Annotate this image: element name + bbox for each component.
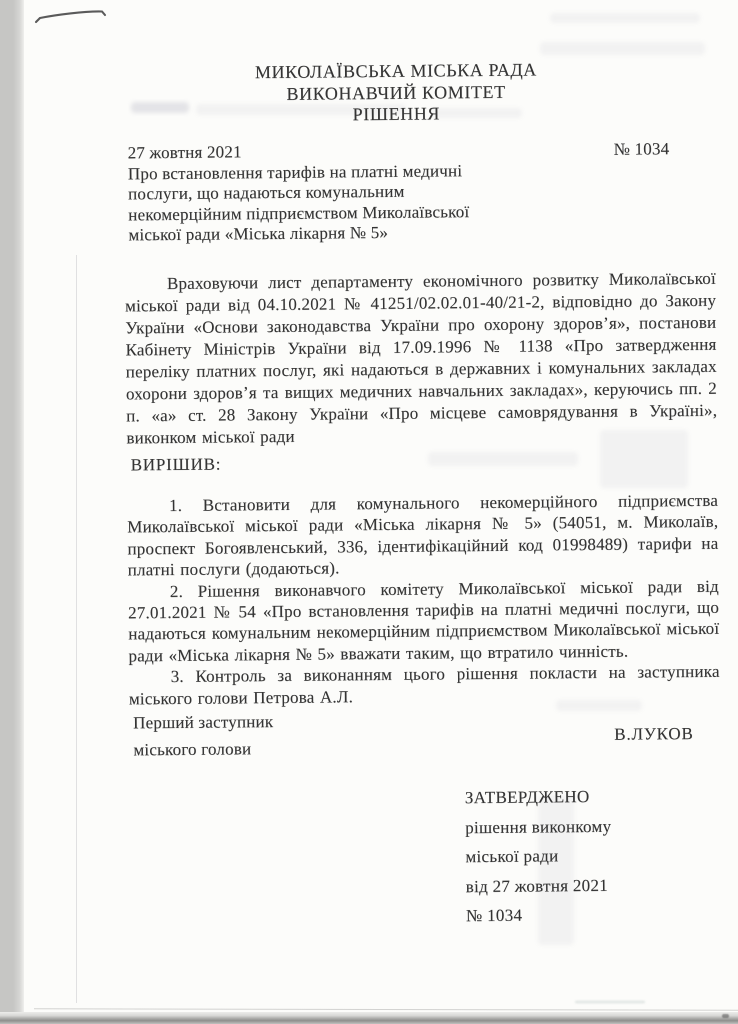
document-number: № 1034: [614, 139, 670, 160]
approval-line3: міської ради: [465, 841, 611, 872]
approval-line4: від 27 жовтня 2021: [466, 870, 612, 901]
resolution-word: ВИРІШИВ:: [131, 455, 222, 476]
approval-label: ЗАТВЕРДЖЕНО: [465, 782, 611, 813]
signature-position-line2: міського голови: [133, 735, 273, 763]
document-header: МИКОЛАЇВСЬКА МІСЬКА РАДА ВИКОНАВЧИЙ КОМІ…: [106, 58, 687, 128]
document-subject: Про встановлення тарифів на платні медич…: [128, 161, 513, 246]
signature-position: Перший заступник міського голови: [133, 708, 274, 763]
signature-name: В.ЛУКОВ: [614, 724, 693, 745]
document-content: МИКОЛАЇВСЬКА МІСЬКА РАДА ВИКОНАВЧИЙ КОМІ…: [0, 0, 738, 1024]
signature-position-line1: Перший заступник: [133, 708, 273, 736]
document-date: 27 жовтня 2021: [128, 142, 242, 163]
preamble-paragraph: Враховуючи лист департаменту економічног…: [125, 268, 718, 450]
resolution-item-1: 1. Встановити для комунального некомерці…: [127, 490, 719, 581]
resolution-item-2: 2. Рішення виконавчого комітету Миколаїв…: [128, 575, 720, 666]
scanned-document-page: { "document": { "header": { "line1": "МИ…: [0, 0, 738, 1024]
approval-number: № 1034: [466, 900, 612, 931]
resolution-items: 1. Встановити для комунального некомерці…: [127, 490, 720, 710]
approval-stamp-block: ЗАТВЕРДЖЕНО рішення виконкому міської ра…: [465, 782, 613, 931]
document-type: РІШЕННЯ: [106, 101, 686, 128]
resolution-item-3: 3. Контроль за виконанням цього рішення …: [129, 661, 720, 709]
approval-line2: рішення виконкому: [465, 811, 611, 842]
